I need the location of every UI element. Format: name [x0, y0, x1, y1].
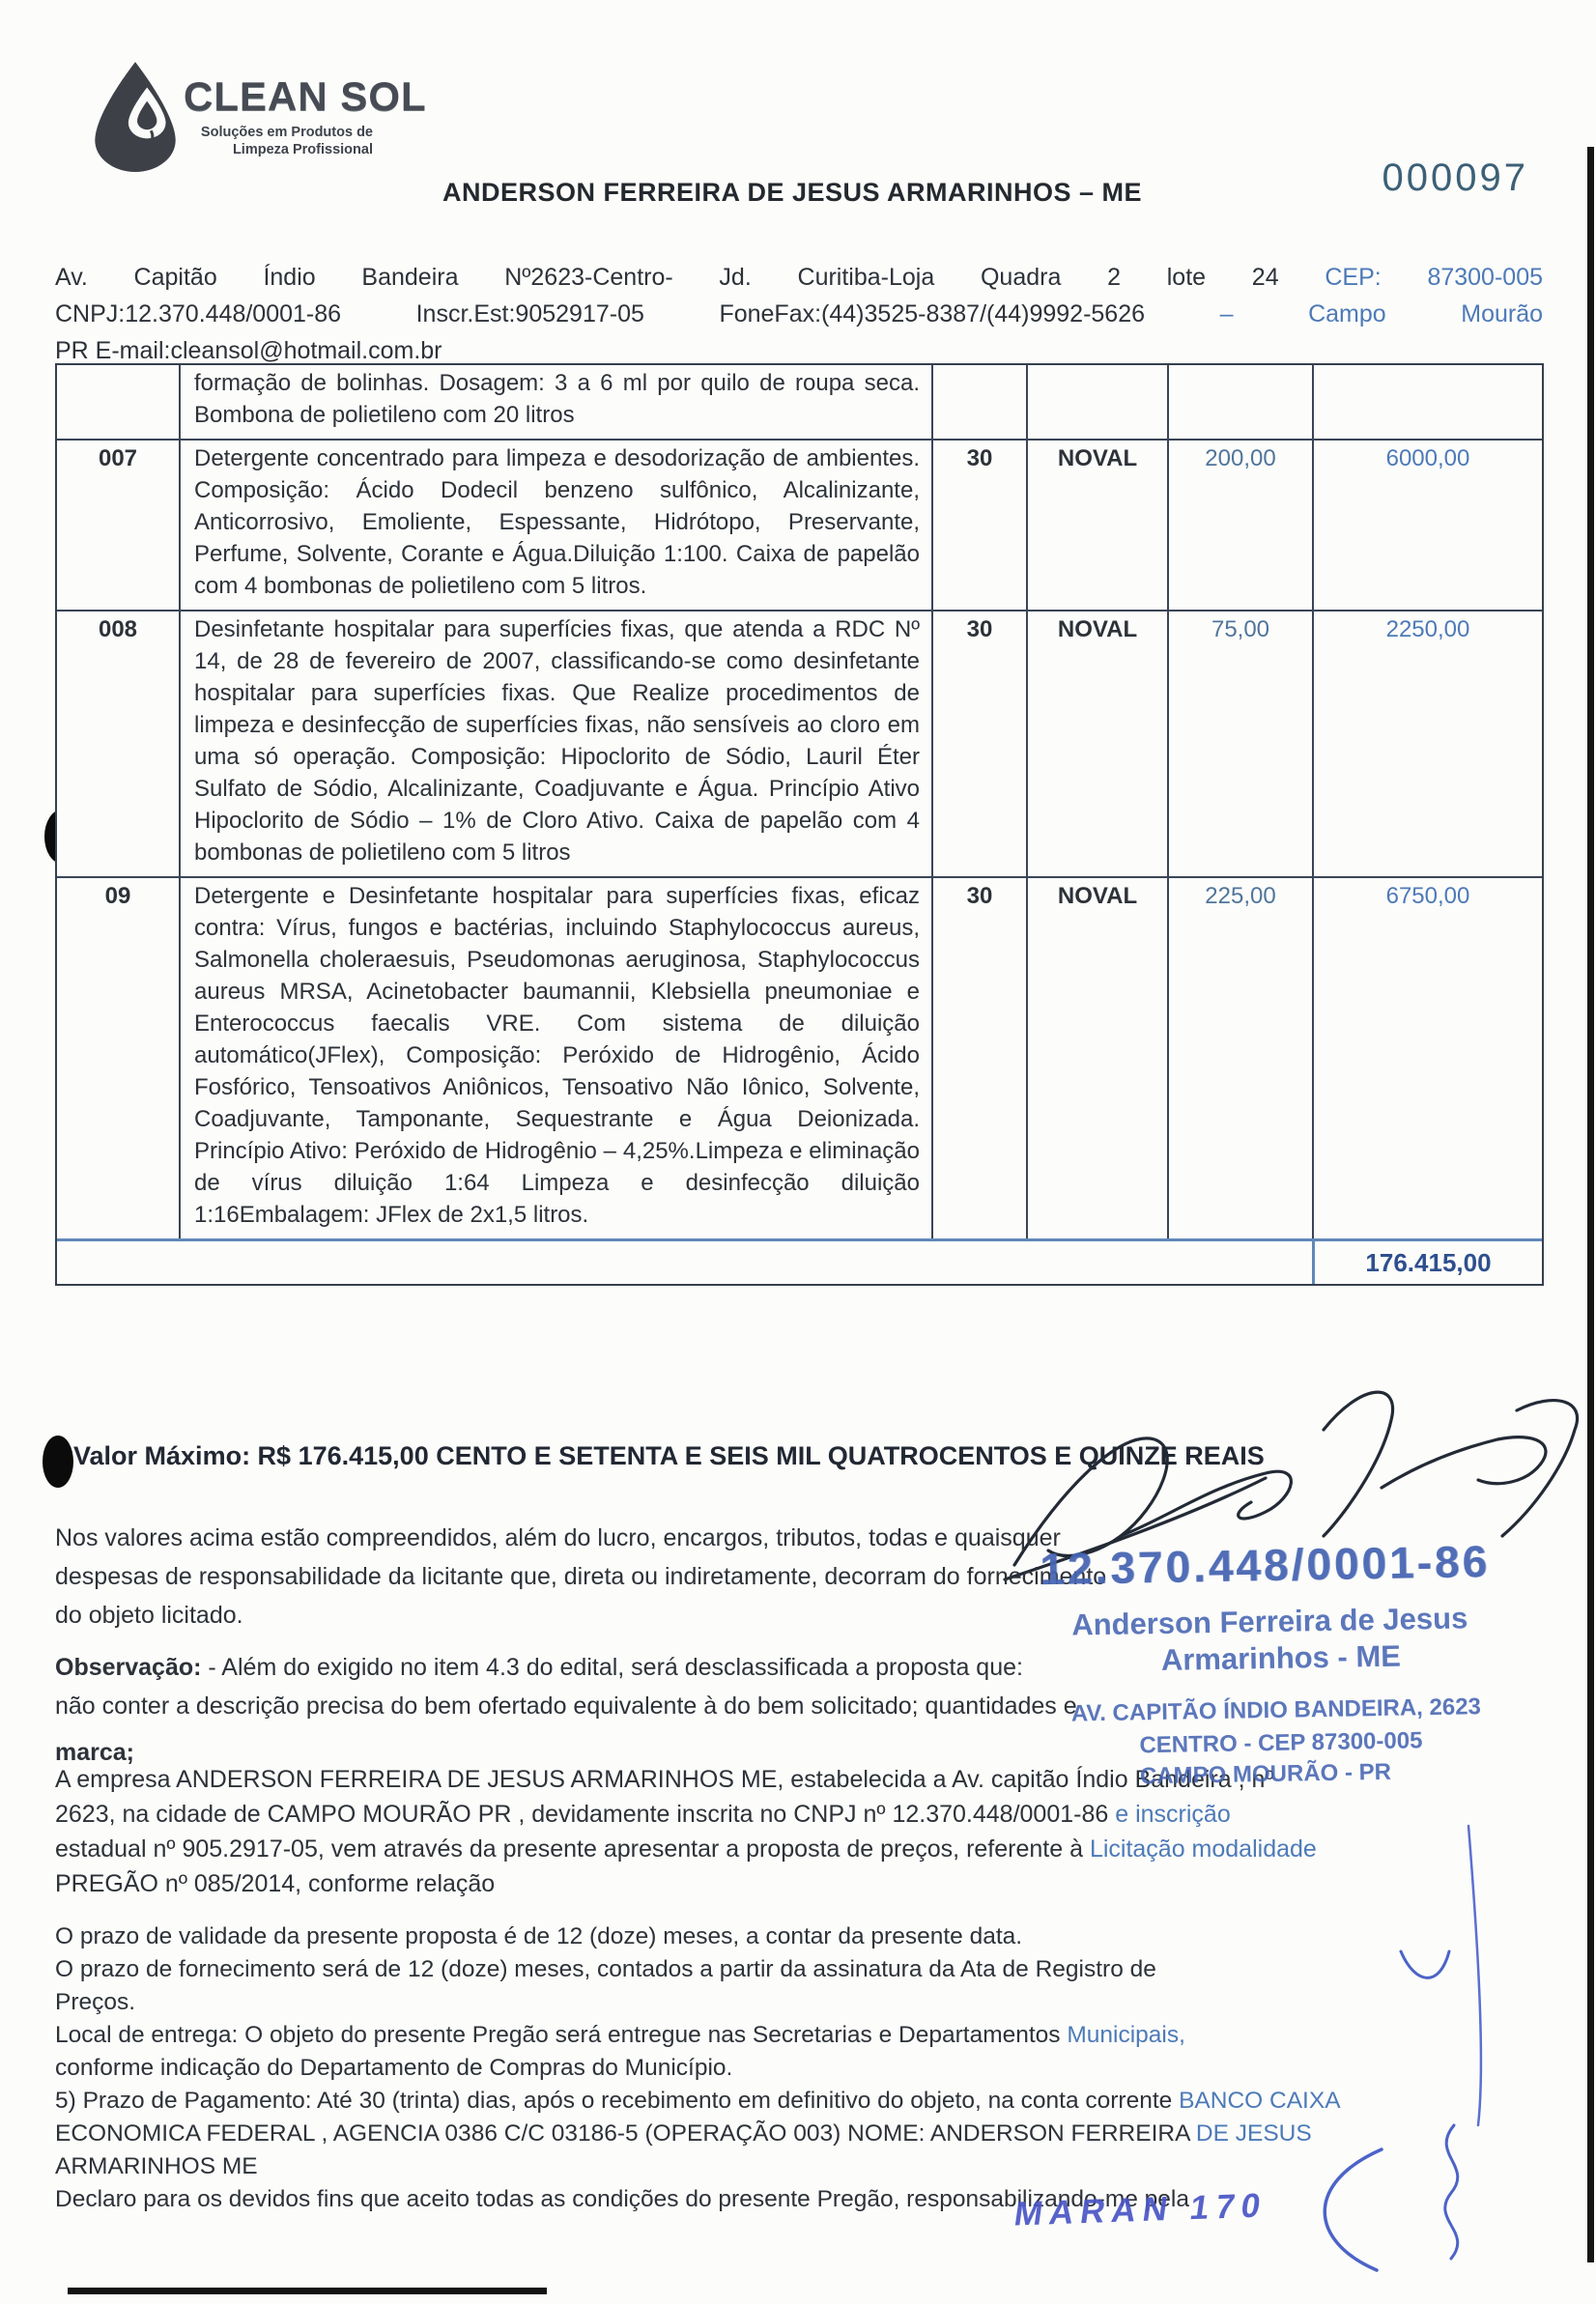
logo-tagline-line2: Limpeza Profissional: [189, 141, 373, 158]
company-statement-line3a: estadual nº 905.2917-05, vem através da …: [55, 1835, 1090, 1863]
punch-hole: [43, 1436, 73, 1488]
address-cnpj-fone: CNPJ:12.370.448/0001-86 Inscr.Est:905291…: [55, 300, 1145, 327]
table-row-007: 007 Detergente concentrado para limpeza …: [57, 439, 1542, 610]
table-row-continuation: formação de bolinhas. Dosagem: 3 a 6 ml …: [57, 365, 1542, 439]
item-description-cell: formação de bolinhas. Dosagem: 3 a 6 ml …: [179, 365, 931, 439]
address-cep: CEP: 87300-005: [1325, 264, 1543, 291]
item-total-cell: 6750,00: [1312, 878, 1542, 1238]
email-address: cleansol@hotmail.com.br: [170, 337, 442, 366]
condition-delivery-b: Municipais,: [1067, 2022, 1185, 2048]
handwritten-note: MARAN 170: [1012, 2186, 1269, 2233]
values-paragraph: Nos valores acima estão compreendidos, a…: [55, 1519, 1301, 1635]
address-city: – Campo Mourão: [1220, 300, 1543, 327]
item-number-cell: 007: [57, 441, 179, 610]
values-paragraph-line2: despesas de responsabilidade da licitant…: [55, 1557, 1301, 1596]
scan-bottom-line: [68, 2288, 547, 2294]
item-total-cell: 2250,00: [1312, 612, 1542, 876]
table-row-09: 09 Detergente e Desinfetante hospitalar …: [57, 876, 1542, 1238]
observation-paragraph: Observação: - Além do exigido no item 4.…: [55, 1648, 1311, 1772]
observation-line1-rest: - Além do exigido no item 4.3 do edital,…: [201, 1654, 1023, 1681]
item-qty-cell: 30: [931, 612, 1026, 876]
address-line1-text: Av. Capitão Índio Bandeira Nº2623-Centro…: [55, 264, 1279, 291]
items-table: formação de bolinhas. Dosagem: 3 a 6 ml …: [55, 363, 1544, 1286]
scan-edge-shadow: [1587, 147, 1594, 2262]
item-unit-price-cell: 75,00: [1167, 612, 1312, 876]
item-brand-cell: NOVAL: [1026, 441, 1167, 610]
condition-payment-cont-a: ECONOMICA FEDERAL , AGENCIA 0386 C/C 031…: [55, 2120, 1189, 2147]
condition-delivery-a: Local de entrega: O objeto do presente P…: [55, 2022, 1067, 2048]
observation-label: Observação:: [55, 1654, 201, 1681]
table-grand-total-row: 176.415,00: [57, 1238, 1542, 1284]
table-row-008: 008 Desinfetante hospitalar para superfí…: [57, 610, 1542, 876]
pen-stroke-marks: [1275, 1806, 1584, 2290]
company-address-block: Av. Capitão Índio Bandeira Nº2623-Centro…: [55, 259, 1543, 369]
item-description-cell: Detergente e Desinfetante hospitalar par…: [179, 878, 931, 1238]
water-drop-logo-icon: [85, 58, 185, 179]
values-paragraph-line3: do objeto licitado.: [55, 1596, 1301, 1635]
item-unit-price-cell: 200,00: [1167, 441, 1312, 610]
item-unit-price-cell: 225,00: [1167, 878, 1312, 1238]
address-line-2: CNPJ:12.370.448/0001-86 Inscr.Est:905291…: [55, 296, 1543, 332]
company-statement-line2a: 2623, na cidade de CAMPO MOURÃO PR , dev…: [55, 1801, 1108, 1828]
logo-tagline-line1: Soluções em Produtos de: [189, 124, 373, 141]
item-number-cell: 09: [57, 878, 179, 1238]
item-description-cell: Desinfetante hospitalar para superfícies…: [179, 612, 931, 876]
observation-line1: Observação: - Além do exigido no item 4.…: [55, 1648, 1311, 1687]
condition-payment-a: 5) Prazo de Pagamento: Até 30 (trinta) d…: [55, 2088, 1179, 2114]
logo-tagline: Soluções em Produtos de Limpeza Profissi…: [189, 124, 373, 158]
item-qty-cell: 30: [931, 878, 1026, 1238]
item-brand-cell: NOVAL: [1026, 612, 1167, 876]
item-description-cell: Detergente concentrado para limpeza e de…: [179, 441, 931, 610]
company-statement-line2b: e inscrição: [1108, 1801, 1230, 1828]
item-brand-cell: NOVAL: [1026, 878, 1167, 1238]
item-number-cell: [57, 365, 179, 439]
address-line-1: Av. Capitão Índio Bandeira Nº2623-Centro…: [55, 259, 1543, 296]
scanned-proposal-page: CLEAN SOL Soluções em Produtos de Limpez…: [0, 0, 1596, 2304]
company-statement-line1: A empresa ANDERSON FERREIRA DE JESUS ARM…: [55, 1762, 1504, 1797]
grand-total-value: 176.415,00: [1312, 1241, 1542, 1284]
item-total-cell: 6000,00: [1312, 441, 1542, 610]
item-brand-cell: [1026, 365, 1167, 439]
item-qty-cell: [931, 365, 1026, 439]
company-title: ANDERSON FERREIRA DE JESUS ARMARINHOS – …: [0, 178, 1584, 208]
logo-wordmark: CLEAN SOL: [184, 73, 427, 120]
grand-total-spacer: [57, 1241, 1312, 1284]
item-unit-price-cell: [1167, 365, 1312, 439]
observation-line2: não conter a descrição precisa do bem of…: [55, 1687, 1311, 1725]
page-number-stamp: 000097: [1382, 156, 1528, 200]
item-number-cell: 008: [57, 612, 179, 876]
item-total-cell: [1312, 365, 1542, 439]
values-paragraph-line1: Nos valores acima estão compreendidos, a…: [55, 1519, 1301, 1557]
address-email-prefix: PR E-mail:: [55, 337, 170, 364]
item-qty-cell: 30: [931, 441, 1026, 610]
